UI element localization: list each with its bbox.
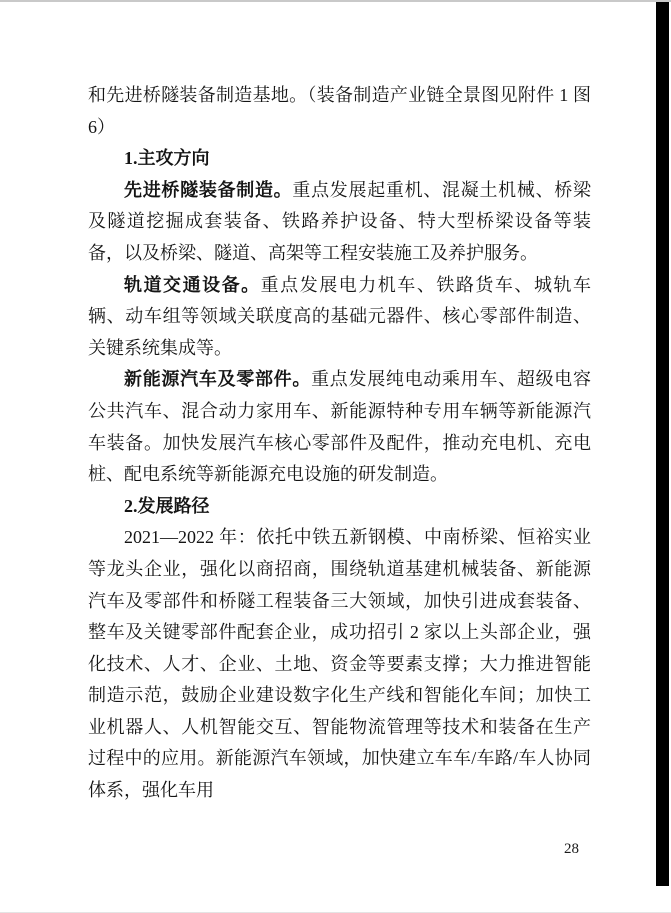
document-page: 和先进桥隧装备制造基地。（装备制造产业链全景图见附件 1 图 6） 1.主攻方向… (0, 0, 671, 913)
section-rail-transit-lead: 轨道交通设备。 (124, 275, 261, 295)
page-top-edge-line (0, 0, 671, 2)
paragraph-continuation: 和先进桥隧装备制造基地。（装备制造产业链全景图见附件 1 图 6） (88, 80, 591, 143)
section-bridge-tunnel-lead: 先进桥隧装备制造。 (124, 180, 292, 200)
document-content: 和先进桥隧装备制造基地。（装备制造产业链全景图见附件 1 图 6） 1.主攻方向… (88, 80, 591, 807)
scan-edge-band (656, 2, 669, 886)
heading-main-direction: 1.主攻方向 (88, 143, 591, 175)
section-bridge-tunnel-equipment: 先进桥隧装备制造。重点发展起重机、混凝土机械、桥梁及隧道挖掘成套装备、铁路养护设… (88, 175, 591, 270)
page-number: 28 (564, 841, 579, 858)
section-new-energy-vehicles-lead: 新能源汽车及零部件。 (124, 369, 311, 389)
heading-development-path: 2.发展路径 (88, 491, 591, 523)
paragraph-development-path: 2021—2022 年：依托中铁五新钢模、中南桥梁、恒裕实业等龙头企业，强化以商… (88, 522, 591, 806)
section-rail-transit-equipment: 轨道交通设备。重点发展电力机车、铁路货车、城轨车辆、动车组等领域关联度高的基础元… (88, 270, 591, 365)
section-new-energy-vehicles: 新能源汽车及零部件。重点发展纯电动乘用车、超级电容公共汽车、混合动力家用车、新能… (88, 364, 591, 490)
